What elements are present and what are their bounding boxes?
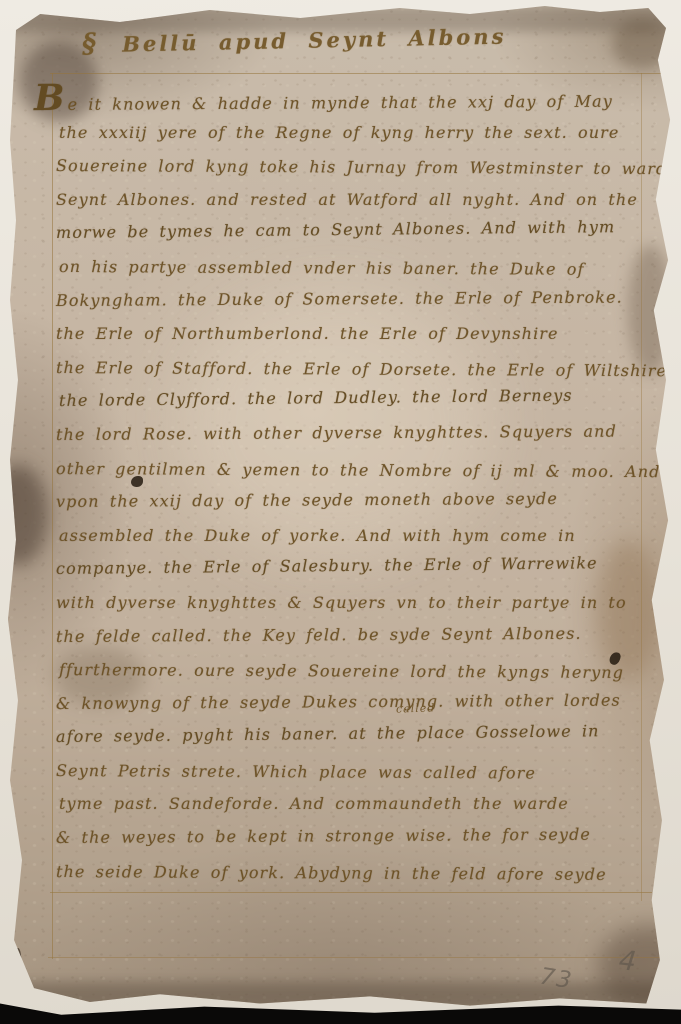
folio-number-left: 73 <box>538 964 575 995</box>
ruling-line-top <box>50 73 666 74</box>
manuscript-text-block: Be it knowen & hadde in mynde that the x… <box>56 82 646 888</box>
manuscript-page: § Bellū apud Seynt Albons Be it knowen &… <box>0 0 681 1024</box>
decorated-initial: B <box>34 77 66 119</box>
manuscript-line: tyme past. Sandeforde. And commaundeth t… <box>59 787 646 821</box>
heading-text: Bellū apud Seynt Albons <box>122 24 507 57</box>
manuscript-line: vpon the xxij day of the seyde moneth ab… <box>56 482 646 519</box>
manuscript-heading: § Bellū apud Seynt Albons <box>82 20 507 60</box>
manuscript-line: the seide Duke of york. Abydyng in the f… <box>56 855 646 892</box>
folio-number-right: 4 <box>617 945 637 978</box>
ruling-line-bottom-2 <box>48 957 660 958</box>
ruling-line-left <box>52 73 53 959</box>
manuscript-line: & the weyes to be kept in stronge wise. … <box>56 817 646 854</box>
manuscript-line: the lord Rose. with other dyverse knyght… <box>56 414 646 451</box>
manuscript-line: Souereine lord kyng toke his Jurnay from… <box>56 149 646 186</box>
ruling-line-bottom <box>50 892 652 893</box>
manuscript-line: Bokyngham. the Duke of Somersete. the Er… <box>56 280 646 317</box>
manuscript-line: the xxxiij yere of the Regne of kyng her… <box>59 116 646 150</box>
interlinear-insertion: called <box>396 701 436 715</box>
photo-background: § Bellū apud Seynt Albons Be it knowen &… <box>0 0 681 1024</box>
manuscript-line: the felde called. the Key feld. be syde … <box>56 616 646 653</box>
manuscript-line: morwe be tymes he cam to Seynt Albones. … <box>56 210 646 250</box>
manuscript-line: with dyverse knyghttes & Squyers vn to t… <box>56 586 646 620</box>
manuscript-line: Seynt Petris strete. Which place was cal… <box>56 754 646 791</box>
manuscript-line: the lorde Clyfford. the lord Dudley. the… <box>59 378 646 418</box>
manuscript-line: companye. the Erle of Salesbury. the Erl… <box>56 546 646 586</box>
paraph-mark: § <box>82 28 97 59</box>
manuscript-line: Be it knowen & hadde in mynde that the x… <box>56 78 646 115</box>
ink-blot <box>131 476 143 487</box>
manuscript-line: afore seyde. pyght his baner. at the pla… <box>56 714 646 754</box>
manuscript-line: the Erle of Northumberlond. the Erle of … <box>56 317 646 351</box>
